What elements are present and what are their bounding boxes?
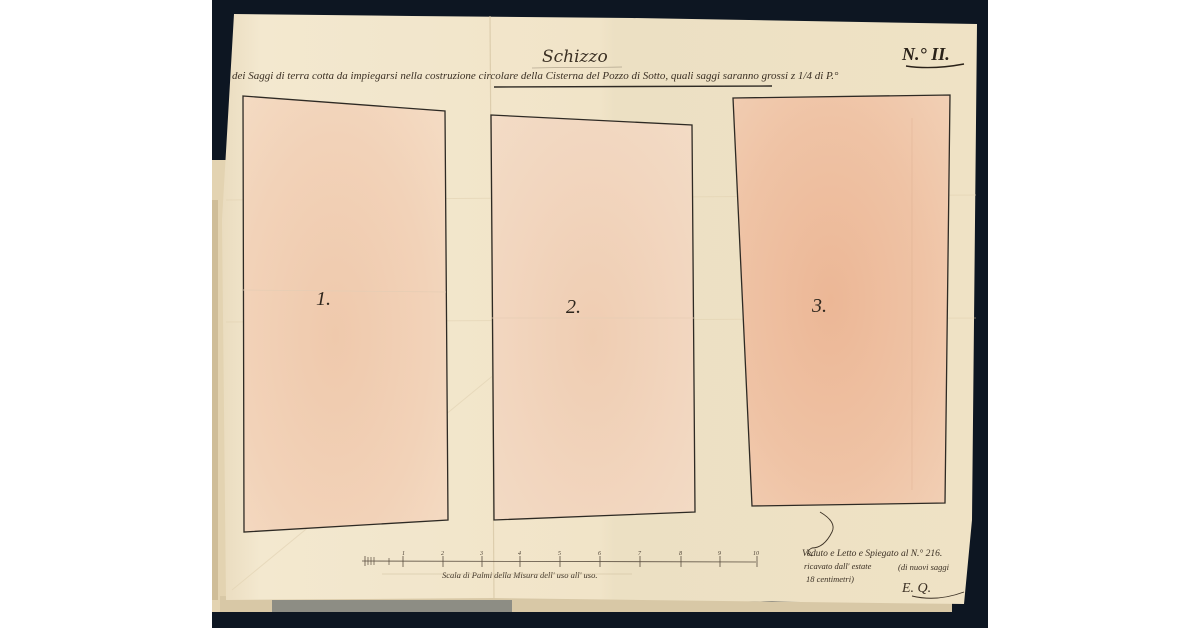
tick-label-8: 8 <box>679 551 682 557</box>
panel-3-label: 3. <box>811 295 827 317</box>
manuscript-scan: Schizzo N.° II. dei Saggi di terra cotta… <box>212 0 988 628</box>
tick-label-9: 9 <box>718 551 721 557</box>
panel-3-wash <box>733 95 950 506</box>
panel-3: 3. <box>733 95 950 506</box>
annotation-line-1: Veduto e Letto e Spiegato al N.° 216. <box>802 548 942 559</box>
annotation-line-2: ricavato dall' estate <box>804 561 872 571</box>
header-line-mid: circolare della Cisterna del Pozzo di So… <box>479 70 669 82</box>
plate-number: N.° II. <box>901 44 950 64</box>
signature: E. Q. <box>901 581 931 596</box>
tick-label-1: 1 <box>402 551 405 557</box>
header-line-left: dei Saggi di terra cotta da impiegarsi n… <box>232 70 479 82</box>
scale-caption: Scala di Palmi della Misura dell' uso al… <box>442 570 597 580</box>
panel-1-wash <box>243 96 448 532</box>
svg-text:dei Saggi di terra cotta da im: dei Saggi di terra cotta da impiegarsi n… <box>232 70 839 82</box>
tick-label-5: 5 <box>558 551 561 557</box>
panel-1: 1. <box>243 96 448 532</box>
tick-label-10: 10 <box>753 551 759 557</box>
tick-label-6: 6 <box>598 551 601 557</box>
header-underline <box>494 86 772 87</box>
panel-2: 2. <box>491 115 695 520</box>
tick-label-2: 2 <box>441 551 444 557</box>
tick-label-4: 4 <box>518 550 521 557</box>
header-line-right: quali saggi saranno grossi z 1/4 di P.° <box>668 70 839 82</box>
panel-2-label: 2. <box>566 296 581 318</box>
annotation-line-3: 18 centimetri) <box>806 574 854 584</box>
panel-1-label: 1. <box>316 288 331 310</box>
manuscript-image: Schizzo N.° II. dei Saggi di terra cotta… <box>212 0 988 628</box>
page-canvas: Schizzo N.° II. dei Saggi di terra cotta… <box>0 0 1200 628</box>
tick-label-3: 3 <box>479 551 483 557</box>
annotation-line-2b: (di nuovi saggi <box>898 562 950 572</box>
panel-2-wash <box>491 115 695 520</box>
title-word: Schizzo <box>542 47 608 67</box>
